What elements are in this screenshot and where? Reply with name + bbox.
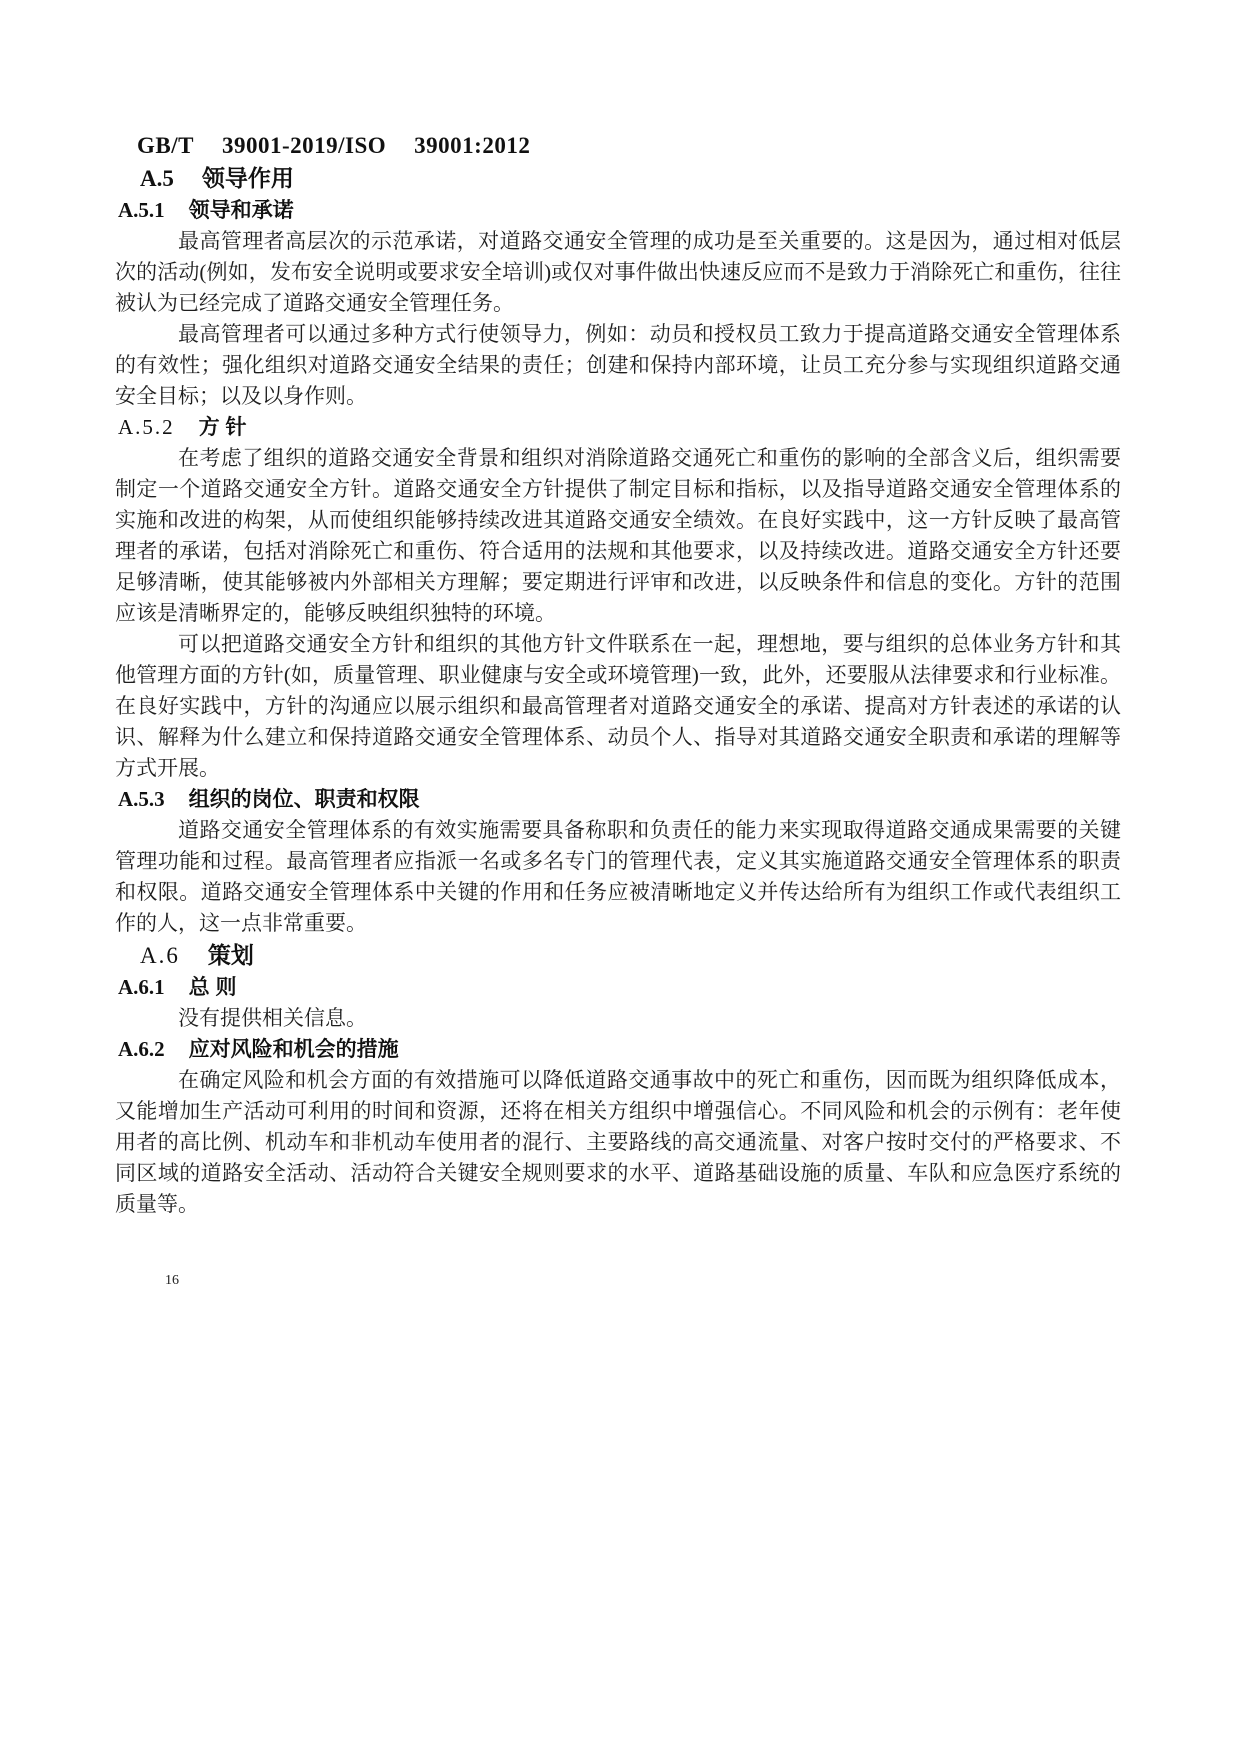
document-header: GB/T39001-2019/ISO39001:2012 [137, 130, 1121, 162]
section-number: A.5.3 [118, 784, 165, 814]
standard-code-prefix: GB/T [137, 133, 194, 158]
section-number: A.5.2 [118, 412, 175, 442]
section-heading-a5: A.5领导作用 [140, 162, 1121, 195]
section-title: 应对风险和机会的措施 [189, 1038, 399, 1061]
paragraph: 最高管理者可以通过多种方式行使领导力，例如：动员和授权员工致力于提高道路交通安全… [115, 319, 1121, 412]
page-number: 16 [165, 1271, 1121, 1291]
section-title: 领导作用 [202, 165, 294, 191]
section-heading-a5-2: A.5.2方 针 [118, 412, 1121, 443]
paragraph: 最高管理者高层次的示范承诺，对道路交通安全管理的成功是至关重要的。这是因为，通过… [115, 226, 1121, 319]
paragraph: 道路交通安全管理体系的有效实施需要具备称职和负责任的能力来实现取得道路交通成果需… [115, 815, 1121, 939]
section-heading-a5-1: A.5.1领导和承诺 [118, 195, 1121, 226]
section-heading-a6-1: A.6.1总 则 [118, 972, 1121, 1003]
section-title: 组织的岗位、职责和权限 [189, 788, 420, 811]
section-heading-a6: A.6策划 [140, 939, 1121, 972]
section-heading-a6-2: A.6.2应对风险和机会的措施 [118, 1034, 1121, 1065]
standard-number-iso: 39001:2012 [414, 133, 530, 158]
paragraph: 没有提供相关信息。 [115, 1003, 1121, 1034]
section-number: A.5.1 [118, 195, 165, 225]
section-number: A.6.2 [118, 1034, 165, 1064]
document-page: GB/T39001-2019/ISO39001:2012 A.5领导作用 A.5… [0, 0, 1240, 1755]
section-heading-a5-3: A.5.3组织的岗位、职责和权限 [118, 784, 1121, 815]
paragraph: 在考虑了组织的道路交通安全背景和组织对消除道路交通死亡和重伤的影响的全部含义后，… [115, 443, 1121, 629]
section-title: 领导和承诺 [189, 199, 294, 222]
paragraph: 可以把道路交通安全方针和组织的其他方针文件联系在一起，理想地，要与组织的总体业务… [115, 629, 1121, 784]
section-number: A.6 [140, 940, 180, 972]
section-title: 总 则 [189, 976, 237, 999]
section-number: A.6.1 [118, 972, 165, 1002]
page-content: GB/T39001-2019/ISO39001:2012 A.5领导作用 A.5… [115, 0, 1121, 1291]
standard-number-gbt: 39001-2019/ISO [222, 133, 386, 158]
section-title: 方 针 [199, 416, 247, 439]
section-title: 策划 [208, 942, 254, 968]
paragraph: 在确定风险和机会方面的有效措施可以降低道路交通事故中的死亡和重伤，因而既为组织降… [115, 1065, 1121, 1220]
section-number: A.5 [140, 163, 174, 195]
